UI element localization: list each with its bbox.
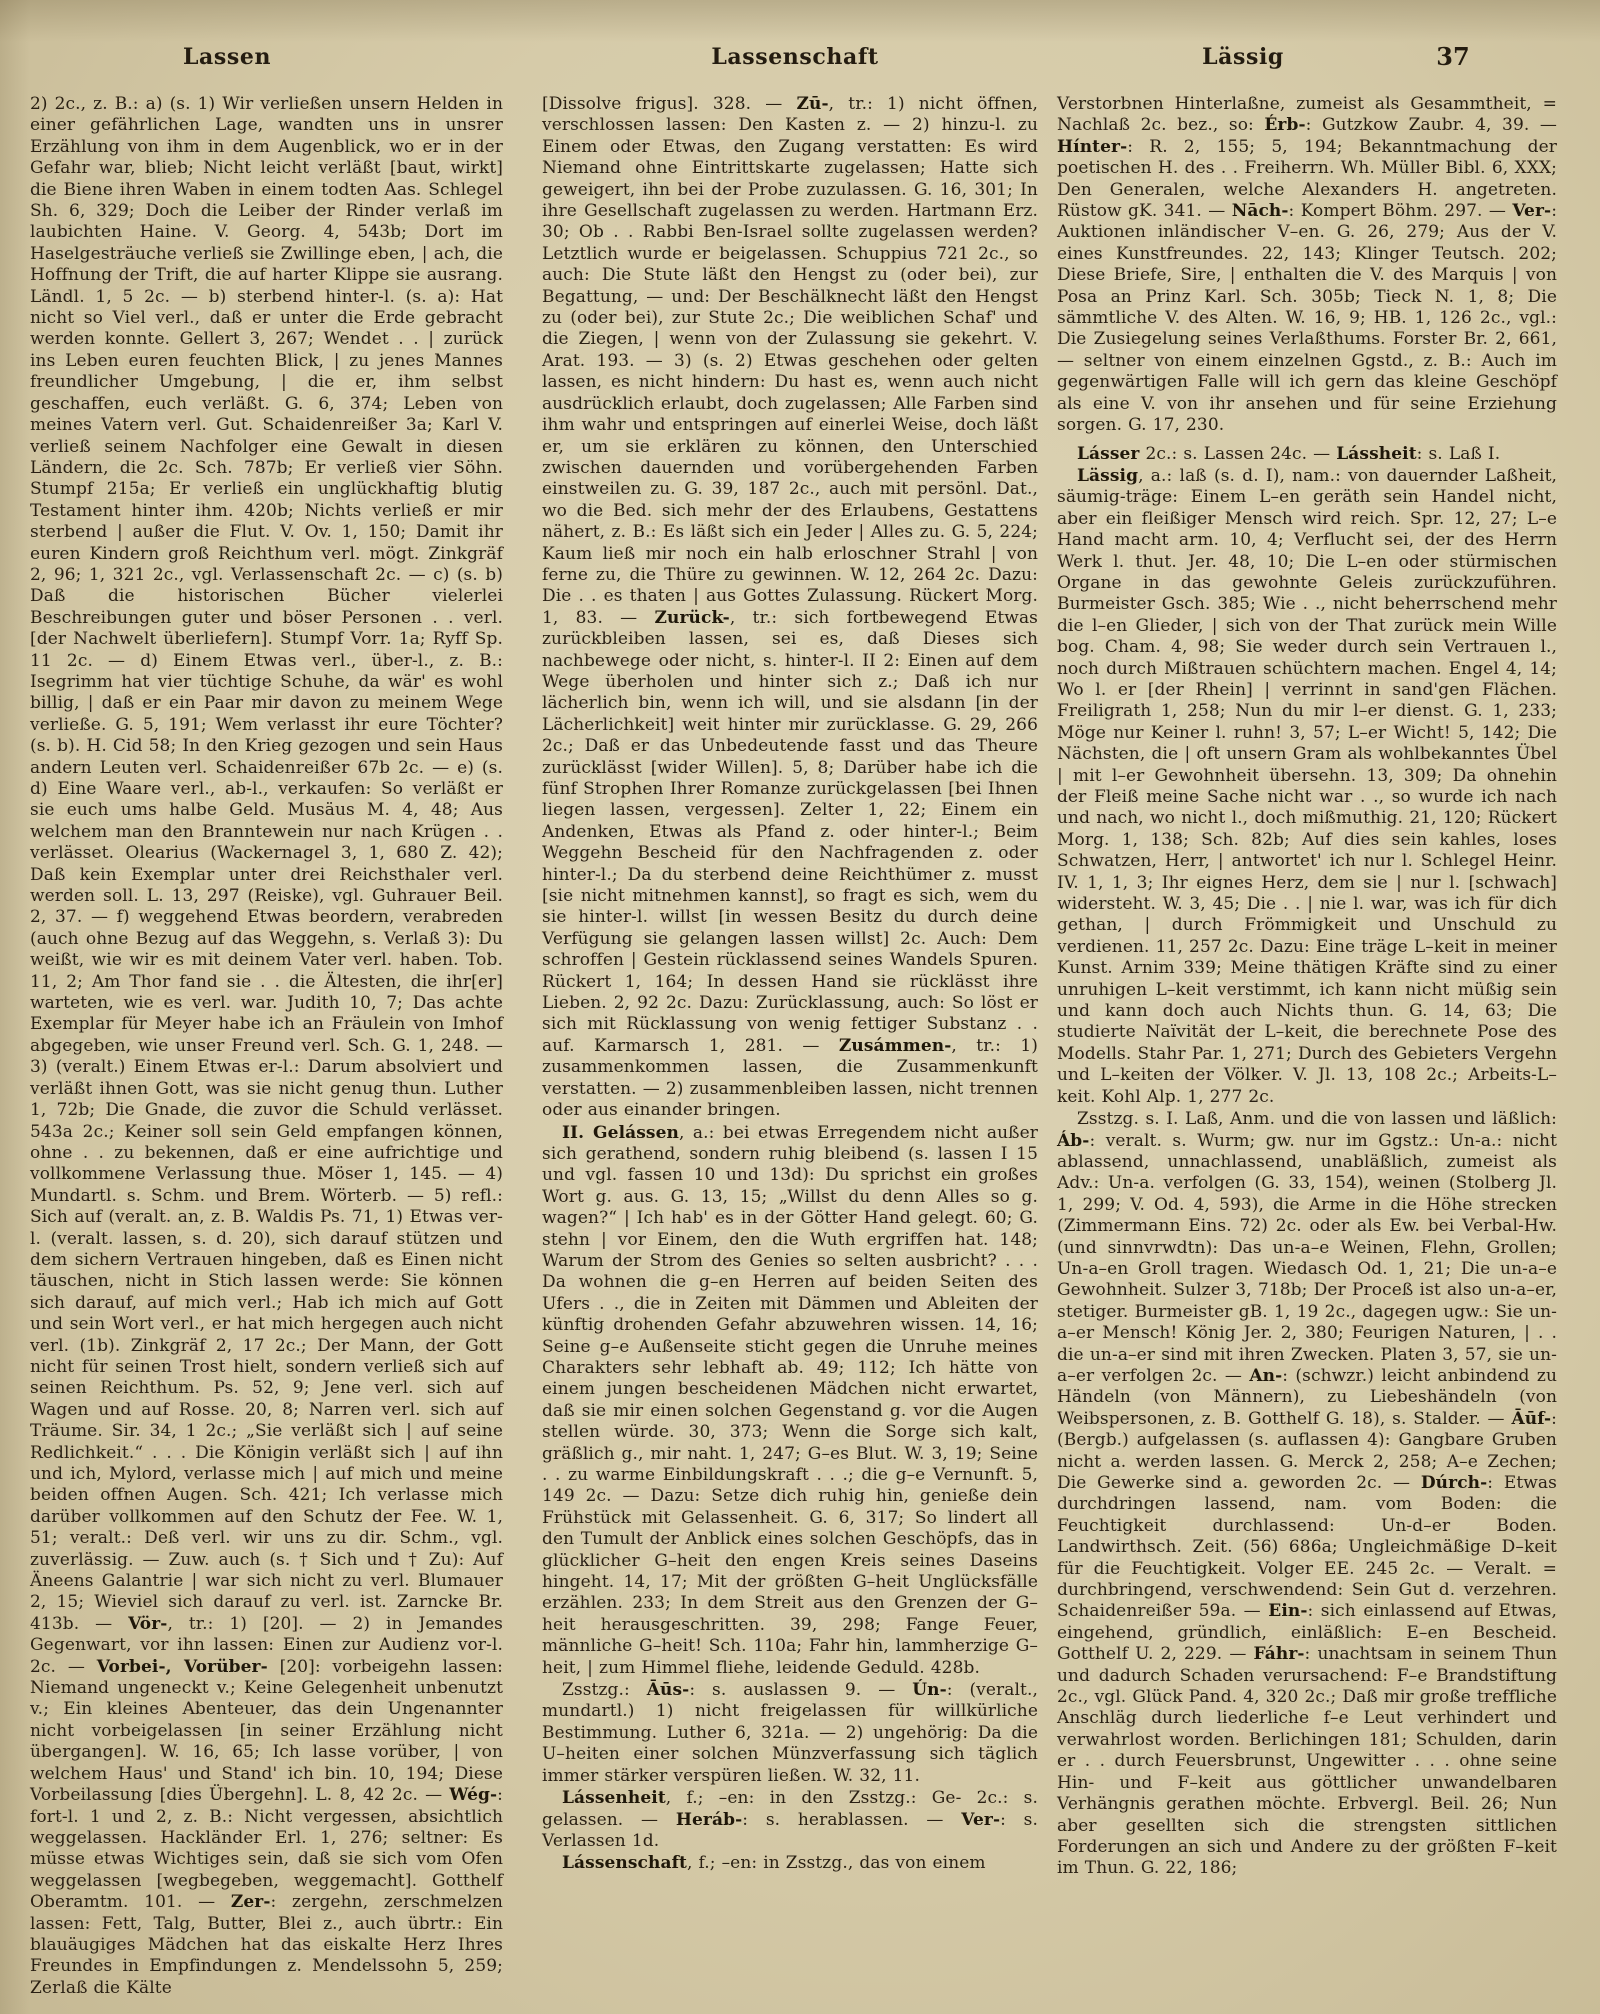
body-text: , tr.: 1) nicht öffnen, verschlossen las… <box>542 94 1038 628</box>
headword: Ein- <box>1268 1601 1307 1621</box>
paragraph: Lássenschaft, f.; –en: in Zsstzg., das v… <box>542 1853 1038 1874</box>
body-text: : s. auslassen 9. — <box>689 1680 912 1700</box>
paragraph: Lässig, a.: laß (s. d. I), nam.: von dau… <box>1057 466 1557 1108</box>
headword: Zusámmen- <box>839 1036 951 1056</box>
text-column-1: 2) 2c., z. B.: a) (s. 1) Wir verließen u… <box>30 94 503 1999</box>
body-text: [Dissolve frigus]. 328. — <box>542 94 797 114</box>
headword: Lässig <box>1077 466 1138 486</box>
page-number: 37 <box>1418 42 1488 71</box>
paragraph: Lásser 2c.: s. Lassen 24c. — Lássheit: s… <box>1057 444 1557 465</box>
body-text: , tr.: sich fortbewegend Etwas zurückble… <box>542 608 1038 1056</box>
paragraph: [Dissolve frigus]. 328. — Zū-, tr.: 1) n… <box>542 94 1038 1122</box>
headword: Dúrch- <box>1421 1473 1487 1493</box>
paragraph: Zsstzg.: Āūs-: s. auslassen 9. — Ún-: (v… <box>542 1680 1038 1787</box>
paragraph: 2) 2c., z. B.: a) (s. 1) Wir verließen u… <box>30 94 503 1999</box>
headword: Ver- <box>961 1810 1000 1830</box>
headword: Āūs- <box>647 1680 690 1700</box>
headword: Āūf- <box>1511 1409 1551 1429</box>
headword: Ver- <box>1512 201 1551 221</box>
headword: Zer- <box>231 1892 271 1912</box>
headword: Fáhr- <box>1254 1644 1305 1664</box>
headword: Zū- <box>797 94 829 114</box>
text-column-3: Verstorbnen Hinterlaßne, zumeist als Ges… <box>1057 94 1557 1880</box>
headword: Lásser <box>1077 444 1139 464</box>
headword: Lássheit <box>1336 444 1416 464</box>
body-text: : s. herablassen. — <box>742 1810 961 1830</box>
body-text: : Kompert Böhm. 297. — <box>1289 201 1513 221</box>
body-text: Zsstzg.: <box>562 1680 647 1700</box>
body-text: : Etwas durchdringen lassend, nam. vom B… <box>1057 1473 1557 1621</box>
headword: Vorbei-, Vorüber- <box>97 1657 268 1677</box>
headword: Zurück- <box>655 608 730 628</box>
headword: Lássenschaft <box>562 1853 687 1873</box>
body-text: : s. Laß I. <box>1417 444 1501 464</box>
paragraph: Verstorbnen Hinterlaßne, zumeist als Ges… <box>1057 94 1557 437</box>
body-text: 2c.: s. Lassen 24c. — <box>1139 444 1336 464</box>
body-text: [20]: vorbeigehn lassen: Niemand ungenec… <box>30 1657 503 1805</box>
paragraph: II. Gelássen, a.: bei etwas Erregendem n… <box>542 1123 1038 1680</box>
headword: Vör- <box>128 1614 167 1634</box>
catchword-left: Lassen <box>127 44 327 70</box>
body-text: , a.: laß (s. d. I), nam.: von dauernder… <box>1057 466 1557 1107</box>
headword: Érb- <box>1264 115 1305 135</box>
headword: Wég- <box>449 1785 497 1805</box>
headword: An- <box>1249 1366 1282 1386</box>
body-text: : Gutzkow Zaubr. 4, 39. — <box>1306 115 1557 135</box>
catchword-center: Lassenschaft <box>678 44 912 70</box>
body-text: : Auktionen inländischer V–en. G. 26, 27… <box>1057 201 1557 435</box>
headword: Áb- <box>1057 1131 1089 1151</box>
headword: Heráb- <box>676 1810 742 1830</box>
catchword-right: Lässig <box>1148 44 1338 70</box>
text-column-2: [Dissolve frigus]. 328. — Zū-, tr.: 1) n… <box>542 94 1038 1875</box>
headword: Nāch- <box>1232 201 1289 221</box>
headword: Lássenheit <box>562 1788 666 1808</box>
paragraph: Lássenheit, f.; –en: in den Zsstzg.: Ge-… <box>542 1788 1038 1852</box>
paragraph: Zsstzg. s. I. Laß, Anm. und die von lass… <box>1057 1109 1557 1880</box>
body-text: Zsstzg. s. I. Laß, Anm. und die von lass… <box>1077 1109 1557 1129</box>
body-text: : veralt. s. Wurm; gw. nur im Ggstz.: Un… <box>1057 1131 1557 1386</box>
body-text: , a.: bei etwas Erregendem nicht außer s… <box>542 1123 1038 1678</box>
headword: Ún- <box>912 1680 947 1700</box>
body-text: 2) 2c., z. B.: a) (s. 1) Wir verließen u… <box>30 94 503 1634</box>
body-text: : unachtsam in seinem Thun und dadurch S… <box>1057 1644 1557 1878</box>
body-text: , f.; –en: in Zsstzg., das von einem <box>687 1853 986 1873</box>
headword: II. Gelássen <box>562 1123 679 1143</box>
dictionary-page: Lassen Lassenschaft Lässig 37 2) 2c., z.… <box>0 0 1600 2014</box>
headword: Hínter- <box>1057 137 1127 157</box>
